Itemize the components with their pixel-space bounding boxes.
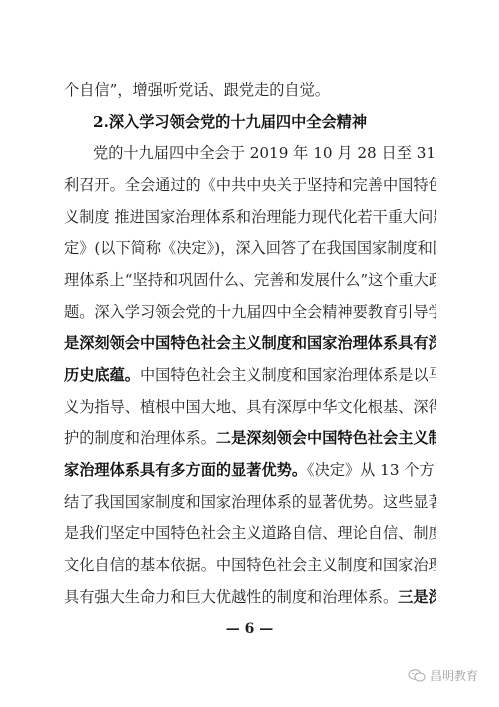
text-line: 历史底蕴。中国特色社会主义制度和国家治理体系是以马克思主 xyxy=(64,363,436,387)
text-segment: 《决定》从 13 个方面系统总 xyxy=(307,461,436,479)
text-line: 义制度 推进国家治理体系和治理能力现代化若干重大问题的决 xyxy=(64,205,436,229)
watermark-label: 昌明教育 xyxy=(430,667,478,684)
text-segment: 是我们坚定中国特色社会主义道路自信、理论自信、制度自信、 xyxy=(64,524,436,542)
wechat-icon xyxy=(408,669,426,682)
text-segment: 中国特色社会主义制度和国家治理体系是以马克思主 xyxy=(140,366,436,384)
text-line: 家治理体系具有多方面的显著优势。《决定》从 13 个方面系统总 xyxy=(64,458,436,482)
heading-text: 2.深入学习领会党的十九届四中全会精神 xyxy=(93,113,367,131)
section-heading: 2.深入学习领会党的十九届四中全会精神 xyxy=(93,110,436,134)
text-line: 文化自信的基本依据。中国特色社会主义制度和国家治理体系是 xyxy=(64,553,436,577)
text-line: 护的制度和治理体系。二是深刻领会中国特色社会主义制度和国 xyxy=(64,426,436,450)
text-segment: 护的制度和治理体系。 xyxy=(64,429,216,447)
bold-segment: 历史底蕴。 xyxy=(64,366,140,384)
text-line: 是我们坚定中国特色社会主义道路自信、理论自信、制度自信、 xyxy=(64,521,436,545)
text-line: 理体系上“坚持和巩固什么、完善和发展什么”这个重大政治问 xyxy=(64,268,436,292)
text-line: 利召开。全会通过的《中共中央关于坚持和完善中国特色社会主 xyxy=(64,173,436,197)
text-line: 党的十九届四中全会于 2019 年 10 月 28 日至 31 日在北京胜 xyxy=(93,141,436,165)
text-line: 定》(以下简称《决定》)，深入回答了在我国国家制度和国家治 xyxy=(64,236,436,260)
bold-segment: 家治理体系具有多方面的显著优势。 xyxy=(64,461,307,479)
text-segment: 义为指导、植根中国大地、具有深厚中华文化根基、深得人民拥 xyxy=(64,398,436,416)
document-page: 个自信”，增强听党话、跟党走的自觉。 2.深入学习领会党的十九届四中全会精神 党… xyxy=(0,0,499,707)
text-segment: 个自信”，增强听党话、跟党走的自觉。 xyxy=(64,81,330,99)
text-line: 结了我国国家制度和国家治理体系的显著优势。这些显著优势， xyxy=(64,490,436,514)
page-number: — 6 — xyxy=(0,621,499,637)
bold-segment: 三是深刻领会 xyxy=(398,588,436,606)
text-line: 具有强大生命力和巨大优越性的制度和治理体系。三是深刻领会 xyxy=(64,585,436,609)
text-line: 是深刻领会中国特色社会主义制度和国家治理体系具有深厚的 xyxy=(64,331,436,355)
text-segment: 题。深入学习领会党的十九届四中全会精神要教育引导学生， xyxy=(64,303,436,321)
text-segment: 利召开。全会通过的《中共中央关于坚持和完善中国特色社会主 xyxy=(64,176,436,194)
text-segment: 义制度 推进国家治理体系和治理能力现代化若干重大问题的决 xyxy=(64,208,436,226)
text-segment: 党的十九届四中全会于 2019 年 10 月 28 日至 31 日在北京胜 xyxy=(93,144,436,162)
bold-segment: 是深刻领会中国特色社会主义制度和国家治理体系具有深厚的 xyxy=(64,334,436,352)
text-segment: 理体系上“坚持和巩固什么、完善和发展什么”这个重大政治问 xyxy=(64,271,436,289)
text-segment: 结了我国国家制度和国家治理体系的显著优势。这些显著优势， xyxy=(64,493,436,511)
text-segment: 定》(以下简称《决定》)，深入回答了在我国国家制度和国家治 xyxy=(64,239,436,257)
text-segment: 文化自信的基本依据。中国特色社会主义制度和国家治理体系是 xyxy=(64,556,436,574)
text-line: 题。深入学习领会党的十九届四中全会精神要教育引导学生，一 xyxy=(64,300,436,324)
text-line: 义为指导、植根中国大地、具有深厚中华文化根基、深得人民拥 xyxy=(64,395,436,419)
text-segment: 具有强大生命力和巨大优越性的制度和治理体系。 xyxy=(64,588,398,606)
watermark: 昌明教育 xyxy=(408,667,478,684)
bold-segment: 二是深刻领会中国特色社会主义制度和国 xyxy=(216,429,436,447)
text-line: 个自信”，增强听党话、跟党走的自觉。 xyxy=(64,78,436,102)
